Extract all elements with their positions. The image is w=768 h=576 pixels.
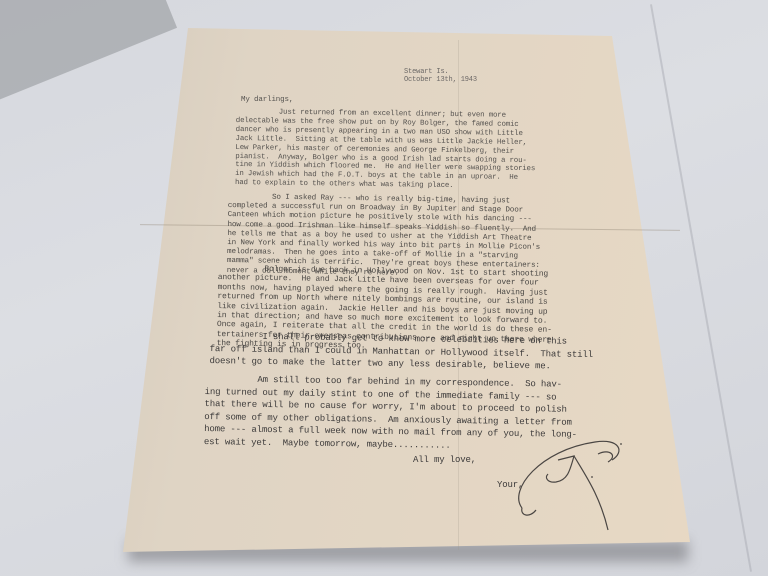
background-fold [0,0,177,103]
signature [500,430,650,540]
closing: All my love, [413,456,476,466]
salutation: My darlings, [241,96,293,106]
header-date: October 13th, 1943 [404,76,477,84]
header-place: Stewart Is. [404,68,449,76]
paragraph-4: I shall probably get to know more celebr… [209,330,593,374]
letter-header: Stewart Is. October 13th, 1943 [404,68,477,84]
paragraph-1: Just returned from an excellent dinner; … [235,108,536,192]
